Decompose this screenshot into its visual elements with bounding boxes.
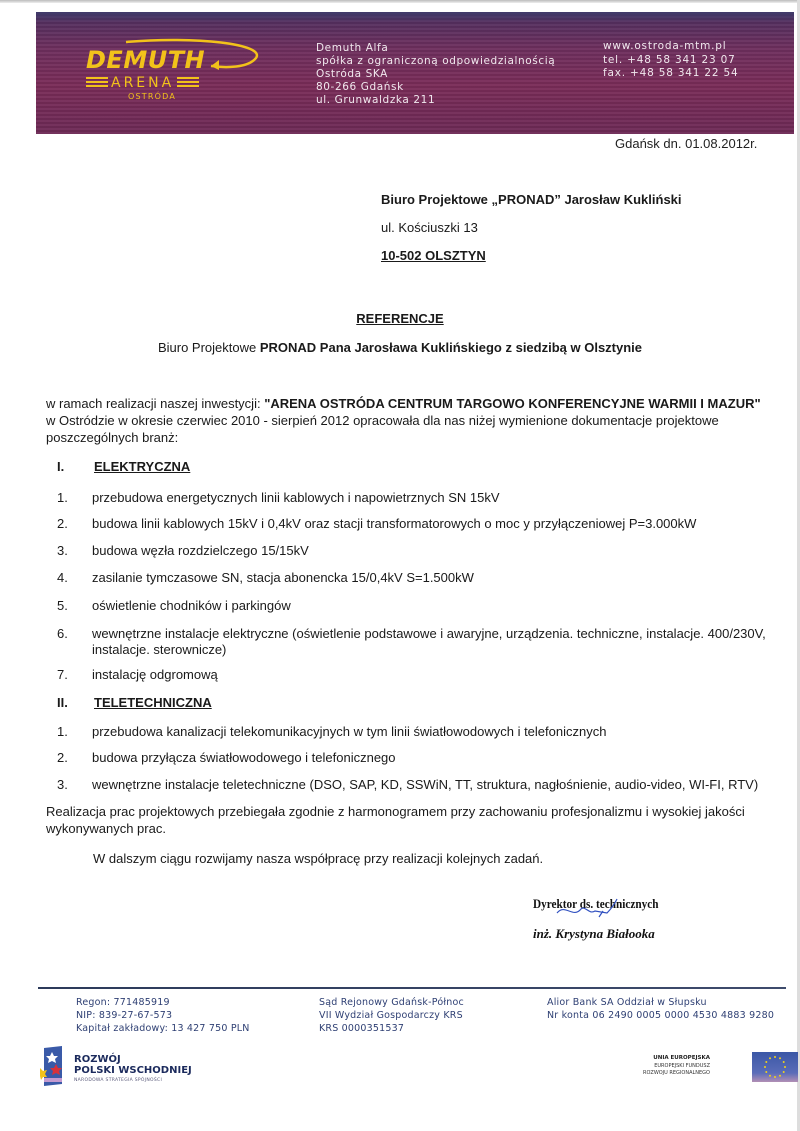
signatory-name: inż. Krystyna Białooka xyxy=(533,926,703,942)
list-item: 6. wewnętrzne instalacje elektryczne (oś… xyxy=(57,626,777,658)
scan-top-edge xyxy=(0,0,800,3)
company-contact-block: www.ostroda-mtm.pl tel. +48 58 341 23 07… xyxy=(603,40,738,81)
section-number: II. xyxy=(57,695,94,710)
recipient-street: ul. Kościuszki 13 xyxy=(381,220,682,235)
footer-krs: KRS 0000351537 xyxy=(319,1022,464,1035)
website-link[interactable]: www.ostroda-mtm.pl xyxy=(603,40,738,54)
document-date: Gdańsk dn. 01.08.2012r. xyxy=(615,136,757,151)
signature-block: Dyrektor ds. technicznych inż. Krystyna … xyxy=(533,897,703,942)
list-item: 1. przebudowa kanalizacji telekomunikacy… xyxy=(57,724,777,740)
item-number: 3. xyxy=(57,777,92,793)
logo-arena-row: ARENA xyxy=(86,76,199,90)
logo-city-text: OSTRÓDA xyxy=(128,92,176,101)
footer-nip: NIP: 839-27-67-573 xyxy=(76,1009,250,1022)
company-line: 80-266 Gdańsk xyxy=(316,81,555,94)
document-title: REFERENCJE xyxy=(0,311,800,326)
section-teletechniczna-heading: II. TELETECHNICZNA xyxy=(57,695,212,710)
item-text: oświetlenie chodników i parkingów xyxy=(92,598,777,614)
eu-line1: UNIA EUROPEJSKA xyxy=(653,1055,710,1061)
item-number: 5. xyxy=(57,598,92,614)
fax-number: fax. +48 58 341 22 54 xyxy=(603,67,738,81)
item-text: przebudowa energetycznych linii kablowyc… xyxy=(92,490,777,506)
letterhead-banner: DEMUTH ARENA OSTRÓDA Demuth Alfa spółka … xyxy=(36,12,794,134)
footer-account: Nr konta 06 2490 0005 0000 4530 4883 928… xyxy=(547,1009,774,1022)
item-number: 2. xyxy=(57,516,92,532)
list-item: 4. zasilanie tymczasowe SN, stacja abone… xyxy=(57,570,777,586)
section-elektryczna-heading: I. ELEKTRYCZNA xyxy=(57,459,190,474)
eu-flag-icon xyxy=(752,1052,798,1082)
item-text: przebudowa kanalizacji telekomunikacyjny… xyxy=(92,724,777,740)
logo-arena-text: ARENA xyxy=(108,76,177,90)
phone-number: tel. +48 58 341 23 07 xyxy=(603,54,738,68)
company-line: spółka z ograniczoną odpowiedzialnością xyxy=(316,55,555,68)
footer-registration: Regon: 771485919 NIP: 839-27-67-573 Kapi… xyxy=(76,996,250,1035)
section-label: TELETECHNICZNA xyxy=(94,695,212,710)
item-text: budowa węzła rozdzielczego 15/15kV xyxy=(92,543,777,559)
item-number: 2. xyxy=(57,750,92,766)
footer-court: Sąd Rejonowy Gdańsk-Północ VII Wydział G… xyxy=(319,996,464,1035)
footer-divider xyxy=(38,987,786,989)
item-number: 4. xyxy=(57,570,92,586)
recipient-name: Biuro Projektowe „PRONAD” Jarosław Kukli… xyxy=(381,192,682,207)
subtitle-bold: PRONAD Pana Jarosława Kuklińskiego z sie… xyxy=(260,340,642,355)
item-text: wewnętrzne instalacje elektryczne (oświe… xyxy=(92,626,777,658)
rpw-line2: POLSKI WSCHODNIEJ xyxy=(74,1065,192,1076)
footer-bank-name: Alior Bank SA Oddział w Słupsku xyxy=(547,996,774,1009)
company-line: Demuth Alfa xyxy=(316,42,555,55)
document-subtitle: Biuro Projektowe PRONAD Pana Jarosława K… xyxy=(0,340,800,355)
item-text: budowa linii kablowych 15kV i 0,4kV oraz… xyxy=(92,516,777,532)
item-text: budowa przyłącza światłowodowego i telef… xyxy=(92,750,777,766)
subtitle-prefix: Biuro Projektowe xyxy=(158,340,260,355)
item-number: 1. xyxy=(57,724,92,740)
rpw-line1: ROZWÓJ xyxy=(74,1054,121,1065)
list-item: 2. budowa linii kablowych 15kV i 0,4kV o… xyxy=(57,516,777,532)
company-line: Ostróda SKA xyxy=(316,68,555,81)
demuth-arena-logo: DEMUTH ARENA OSTRÓDA xyxy=(86,40,276,110)
company-address-block: Demuth Alfa spółka z ograniczoną odpowie… xyxy=(316,42,555,107)
list-item: 5. oświetlenie chodników i parkingów xyxy=(57,598,777,614)
logo-bars-right-icon xyxy=(177,77,199,89)
intro-paragraph: w ramach realizacji naszej inwestycji: "… xyxy=(46,395,766,446)
recipient-city: 10-502 OLSZTYN xyxy=(381,248,682,263)
list-item: 1. przebudowa energetycznych linii kablo… xyxy=(57,490,777,506)
handwritten-signature-icon xyxy=(555,897,625,921)
intro-project-name: "ARENA OSTRÓDA CENTRUM TARGOWO KONFERENC… xyxy=(264,396,760,411)
rpw-stars-icon xyxy=(40,1046,64,1086)
intro-before: w ramach realizacji naszej inwestycji: xyxy=(46,396,264,411)
footer-bank: Alior Bank SA Oddział w Słupsku Nr konta… xyxy=(547,996,774,1022)
logo-demuth-text: DEMUTH xyxy=(86,46,205,74)
eu-line2: EUROPEJSKI FUNDUSZ xyxy=(654,1063,710,1069)
section-number: I. xyxy=(57,459,94,474)
eu-line3: ROZWOJU REGIONALNEGO xyxy=(643,1070,710,1076)
item-number: 3. xyxy=(57,543,92,559)
section-label: ELEKTRYCZNA xyxy=(94,459,190,474)
item-number: 1. xyxy=(57,490,92,506)
rpw-line3: NARODOWA STRATEGIA SPÓJNOŚCI xyxy=(74,1078,162,1083)
footer-court-dept: VII Wydział Gospodarczy KRS xyxy=(319,1009,464,1022)
intro-after: w Ostródzie w okresie czerwiec 2010 - si… xyxy=(46,413,719,445)
item-number: 7. xyxy=(57,667,92,683)
company-line: ul. Grunwaldzka 211 xyxy=(316,94,555,107)
closing-sentence: W dalszym ciągu rozwijamy nasza współpra… xyxy=(93,851,543,866)
footer-regon: Regon: 771485919 xyxy=(76,996,250,1009)
item-number: 6. xyxy=(57,626,92,658)
item-text: instalację odgromową xyxy=(92,667,777,683)
item-text: zasilanie tymczasowe SN, stacja abonenck… xyxy=(92,570,777,586)
rozwoj-polski-wschodniej-logo: ROZWÓJ POLSKI WSCHODNIEJ NARODOWA STRATE… xyxy=(40,1046,240,1096)
list-item: 3. wewnętrzne instalacje teletechniczne … xyxy=(57,777,777,793)
recipient-address: Biuro Projektowe „PRONAD” Jarosław Kukli… xyxy=(381,192,682,263)
footer-capital: Kapitał zakładowy: 13 427 750 PLN xyxy=(76,1022,250,1035)
list-item: 3. budowa węzła rozdzielczego 15/15kV xyxy=(57,543,777,559)
item-text: wewnętrzne instalacje teletechniczne (DS… xyxy=(92,777,777,793)
closing-paragraph: Realizacja prac projektowych przebiegała… xyxy=(46,803,766,837)
logo-bars-left-icon xyxy=(86,77,108,89)
footer-court-name: Sąd Rejonowy Gdańsk-Północ xyxy=(319,996,464,1009)
list-item: 7. instalację odgromową xyxy=(57,667,777,683)
list-item: 2. budowa przyłącza światłowodowego i te… xyxy=(57,750,777,766)
eu-fund-logo: UNIA EUROPEJSKA EUROPEJSKI FUNDUSZ ROZWO… xyxy=(640,1052,780,1092)
